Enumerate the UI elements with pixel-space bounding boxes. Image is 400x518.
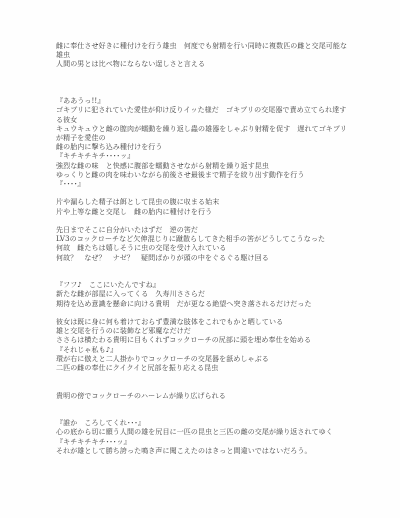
text-line: 『それじゃ私も♪』 bbox=[56, 346, 362, 355]
text-line: 『････』 bbox=[56, 180, 362, 189]
blank-line bbox=[56, 263, 362, 272]
blank-line bbox=[56, 217, 362, 226]
text-line: 新たな雌が部屋に入ってくる 久寿川ささらだ bbox=[56, 290, 362, 299]
text-line: 期待を込め意識を懸命に向ける貴明 だが更なる絶望へ突き落されるだけだった bbox=[56, 300, 362, 309]
text-line: ささらは横たわる貴明に目もくれずコックローチの尻部に頭を埋め奉仕を始める bbox=[56, 336, 362, 345]
text-line: 何故？ なぜ？ ナゼ？ 疑問ばかりが頭の中をぐるぐる駆け回る bbox=[56, 254, 362, 263]
text-line: 雌の胎内に撃ち込み種付けを行う bbox=[56, 143, 362, 152]
text-line: 雌に奉仕させ好きに種付けを行う雄虫 何度でも射精を行い同時に複数匹の雌と交尾可能… bbox=[56, 42, 362, 51]
text-line: 心の底から切に願う人間の雄を尻目に一匹の昆虫と三匹の雌の交尾が繰り返されてゆく bbox=[56, 428, 362, 437]
text-line: 強烈な雌の味 と快感に腹部を蠕動させながら射精を繰り返す昆虫 bbox=[56, 162, 362, 171]
blank-line bbox=[56, 401, 362, 410]
text-line: が精子を愛佳の bbox=[56, 134, 362, 143]
blank-line bbox=[56, 272, 362, 281]
text-line: 『フフ♪ ここにいたんですね』 bbox=[56, 281, 362, 290]
blank-line bbox=[56, 88, 362, 97]
text-line: 環が右に倣えと二人掛かりでコックローチの交尾器を舐めしゃぶる bbox=[56, 355, 362, 364]
text-line: 『キチキチキチ･･･ッ』 bbox=[56, 438, 362, 447]
text-line: キュウキュウと雌の膣肉が蠕動を繰り返し蟲の雄器をしゃぶり射精を促す 遅れてゴキブ… bbox=[56, 125, 362, 134]
text-line: ゴキブリに犯されていた愛佳が仰け反りイッた様だ ゴキブリの交尾器で責め立てられ達… bbox=[56, 106, 362, 115]
blank-line bbox=[56, 79, 362, 88]
text-line: 『キチキチキチ････ッ』 bbox=[56, 152, 362, 161]
blank-line bbox=[56, 70, 362, 79]
text-line: 片や漏らした精子は餌として昆虫の腹に収まる始末 bbox=[56, 198, 362, 207]
text-line: 片や上等な雌と交尾し 雌の胎内に種付けを行う bbox=[56, 208, 362, 217]
blank-line bbox=[56, 189, 362, 198]
text-line: それが雄として勝ち誇った鳴き声に聞こえたのはきっと間違いではないだろう。 bbox=[56, 447, 362, 456]
text-line: 『ああうっ!!』 bbox=[56, 97, 362, 106]
text-line: 先日までそこに自分がいたはずだ 逆の筈だ bbox=[56, 226, 362, 235]
text-line: 『誰か ころしてくれ･･･』 bbox=[56, 419, 362, 428]
blank-line bbox=[56, 309, 362, 318]
document-page: 雌に奉仕させ好きに種付けを行う雄虫 何度でも射精を行い同時に複数匹の雌と交尾可能… bbox=[0, 0, 400, 518]
text-line: LV3のコックローチなど欠伸混じりに蹴散らしてきた相手の筈がどうしてこうなった bbox=[56, 235, 362, 244]
blank-line bbox=[56, 382, 362, 391]
text-line: 貴明の傍でコックローチのハーレムが繰り広げられる bbox=[56, 392, 362, 401]
blank-line bbox=[56, 410, 362, 419]
text-line: 彼女は既に身に何も着けておらず豊満な肢体をこれでもかと晒している bbox=[56, 318, 362, 327]
text-line: ゆっくりと雌の肉を味わいながら前後させ最後まで精子を絞り出す動作を行う bbox=[56, 171, 362, 180]
text-line: 人間の男とは比べ物にならない逞しさと言える bbox=[56, 60, 362, 69]
text-line: 二匹の雌の奉仕にクイクイと尻部を振り応える昆虫 bbox=[56, 364, 362, 373]
blank-line bbox=[56, 373, 362, 382]
text-line: 雄と交尾を行うのに装飾など邪魔なだけだ bbox=[56, 327, 362, 336]
document-text: 雌に奉仕させ好きに種付けを行う雄虫 何度でも射精を行い同時に複数匹の雌と交尾可能… bbox=[56, 42, 362, 456]
text-line: る彼女 bbox=[56, 116, 362, 125]
text-line: 何故 雌たちは嬉しそうに虫の交尾を受け入れている bbox=[56, 244, 362, 253]
